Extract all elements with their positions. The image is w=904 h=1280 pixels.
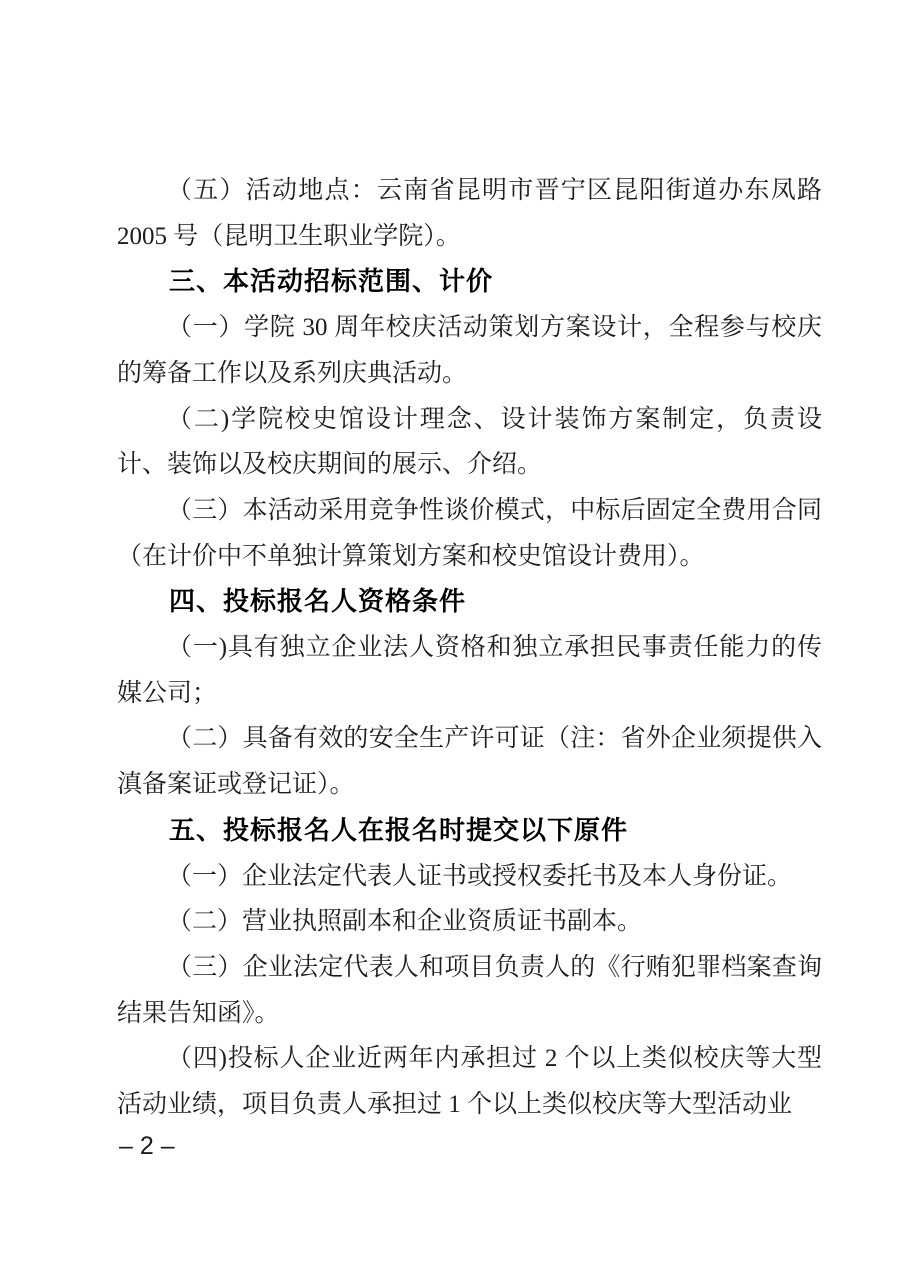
paragraph-scope-item-1: （一）学院 30 周年校庆活动策划方案设计，全程参与校庆的筹备工作以及系列庆典活… [117,305,822,396]
page-content: （五）活动地点：云南省昆明市晋宁区昆阳街道办东凤路 2005 号（昆明卫生职业学… [117,168,822,1128]
section-heading-5-originals: 五、投标报名人在报名时提交以下原件 [117,808,822,854]
paragraph-qualification-2: （二）具备有效的安全生产许可证（注：省外企业须提供入滇备案证或登记证）。 [117,716,822,807]
paragraph-qualification-1: （一)具有独立企业法人资格和独立承担民事责任能力的传媒公司； [117,625,822,716]
paragraph-original-3: （三）企业法定代表人和项目负责人的《行贿犯罪档案查询结果告知函》。 [117,945,822,1036]
paragraph-original-1: （一）企业法定代表人证书或授权委托书及本人身份证。 [117,854,822,900]
paragraph-scope-item-2: （二)学院校史馆设计理念、设计装饰方案制定，负责设计、装饰以及校庆期间的展示、介… [117,397,822,488]
paragraph-activity-location: （五）活动地点：云南省昆明市晋宁区昆阳街道办东凤路 2005 号（昆明卫生职业学… [117,168,822,259]
page-number: – 2 – [119,1130,175,1162]
paragraph-original-4: （四)投标人企业近两年内承担过 2 个以上类似校庆等大型活动业绩，项目负责人承担… [117,1036,822,1127]
section-heading-3-scope-pricing: 三、本活动招标范围、计价 [117,259,822,305]
paragraph-scope-item-3: （三）本活动采用竞争性谈价模式，中标后固定全费用合同（在计价中不单独计算策划方案… [117,488,822,579]
section-heading-4-qualifications: 四、投标报名人资格条件 [117,579,822,625]
document-page: （五）活动地点：云南省昆明市晋宁区昆阳街道办东凤路 2005 号（昆明卫生职业学… [0,0,904,1280]
paragraph-original-2: （二）营业执照副本和企业资质证书副本。 [117,899,822,945]
